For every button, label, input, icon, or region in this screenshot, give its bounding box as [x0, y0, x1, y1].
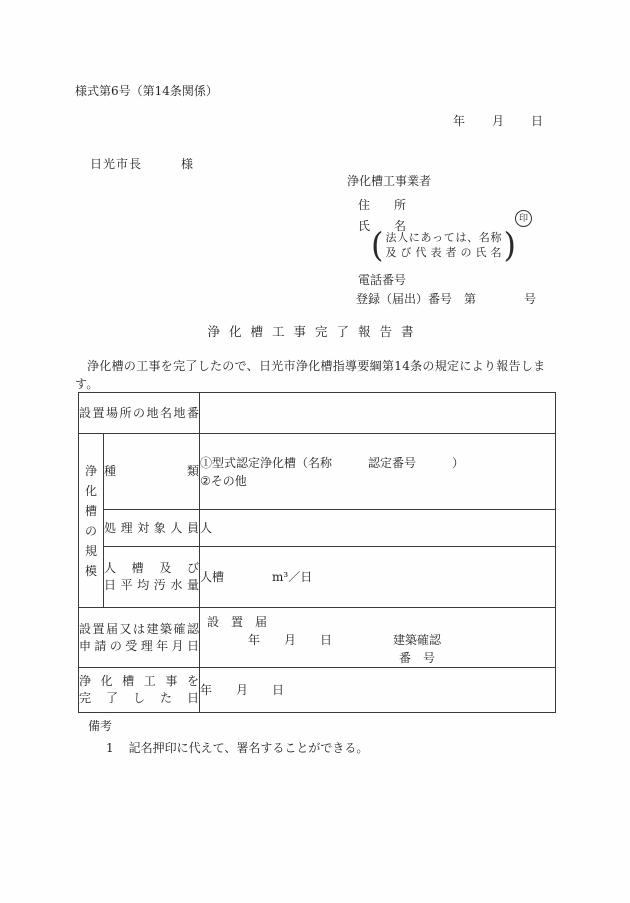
phone-label: 電話番号 [358, 271, 406, 288]
close-paren-icon: ) [503, 227, 515, 263]
table-row: 処理対象人員 人 [79, 510, 556, 547]
scale-vertical-label: 浄 化 槽 の 規 模 [79, 434, 104, 608]
corporation-note-line2: 及び代表者の氏名 [385, 245, 501, 260]
tank-label: 人槽及び 日平均汚水量 [104, 547, 200, 608]
applicant-heading: 浄化槽工事業者 [347, 172, 431, 189]
remarks-heading: 備考 [88, 717, 112, 734]
report-statement: 浄化槽の工事を完了したので、日光市浄化槽指導要綱第14条の規定により報告します。 [75, 357, 567, 393]
persons-value-cell: 人 [200, 510, 556, 547]
table-row: 浄 化 槽 の 規 模 種 類 ①型式認定浄化槽（名称 認定番号 ） ②その他 [79, 434, 556, 510]
corporation-note-line1: 法人にあっては、名称 [385, 230, 501, 245]
report-date-line: 年 月 日 [453, 112, 544, 129]
completion-label: 浄化槽工事を 完了した日 [79, 668, 200, 713]
remarks-item-number: 1 [106, 741, 114, 755]
completion-date-cell: 年 月 日 [200, 668, 556, 713]
acceptance-value-cell: 設 置 届 年 月 日 建築確認 番 号 [200, 608, 556, 668]
table-row: 浄化槽工事を 完了した日 年 月 日 [79, 668, 556, 713]
table-row: 設置場所の地名地番 [79, 393, 556, 434]
tank-value-cell: 人槽 m³／日 [200, 547, 556, 608]
corporation-note: ( 法人にあっては、名称 及び代表者の氏名 ) [371, 228, 516, 262]
addressee-mayor: 日光市長 様 [90, 155, 194, 172]
acceptance-date-line: 年 月 日 [248, 631, 332, 648]
location-value-cell [200, 393, 556, 434]
building-confirmation-label: 建築確認 番 号 [393, 631, 441, 667]
report-form-table: 設置場所の地名地番 浄 化 槽 の 規 模 種 類 ①型式認定浄化槽（名称 認定… [78, 392, 556, 713]
form-number: 様式第6号（第14条関係） [75, 82, 218, 99]
document-page: 様式第6号（第14条関係） 年 月 日 日光市長 様 浄化槽工事業者 住 所 氏… [0, 0, 630, 903]
open-paren-icon: ( [371, 227, 383, 263]
location-label: 設置場所の地名地番 [79, 393, 200, 434]
document-title: 浄化槽工事完了報告書 [0, 322, 630, 340]
persons-label: 処理対象人員 [104, 510, 200, 547]
acceptance-label: 設置届又は建築確認 申請の受理年月日 [79, 608, 200, 668]
seal-stamp-icon: 印 [515, 210, 532, 227]
acceptance-notification-label: 設 置 届 [207, 613, 267, 630]
table-row: 人槽及び 日平均汚水量 人槽 m³／日 [79, 547, 556, 608]
type-value-cell: ①型式認定浄化槽（名称 認定番号 ） ②その他 [200, 434, 556, 510]
corporation-note-lines: 法人にあっては、名称 及び代表者の氏名 [385, 230, 501, 260]
registration-number-label: 登録（届出）番号 第 号 [356, 290, 536, 307]
type-label: 種 類 [104, 434, 200, 510]
remarks-item-text: 記名押印に代えて、署名することができる。 [129, 741, 369, 755]
remarks-item: 1記名押印に代えて、署名することができる。 [106, 739, 368, 756]
table-row: 設置届又は建築確認 申請の受理年月日 設 置 届 年 月 日 建築確認 番 号 [79, 608, 556, 668]
address-label: 住 所 [358, 196, 406, 213]
